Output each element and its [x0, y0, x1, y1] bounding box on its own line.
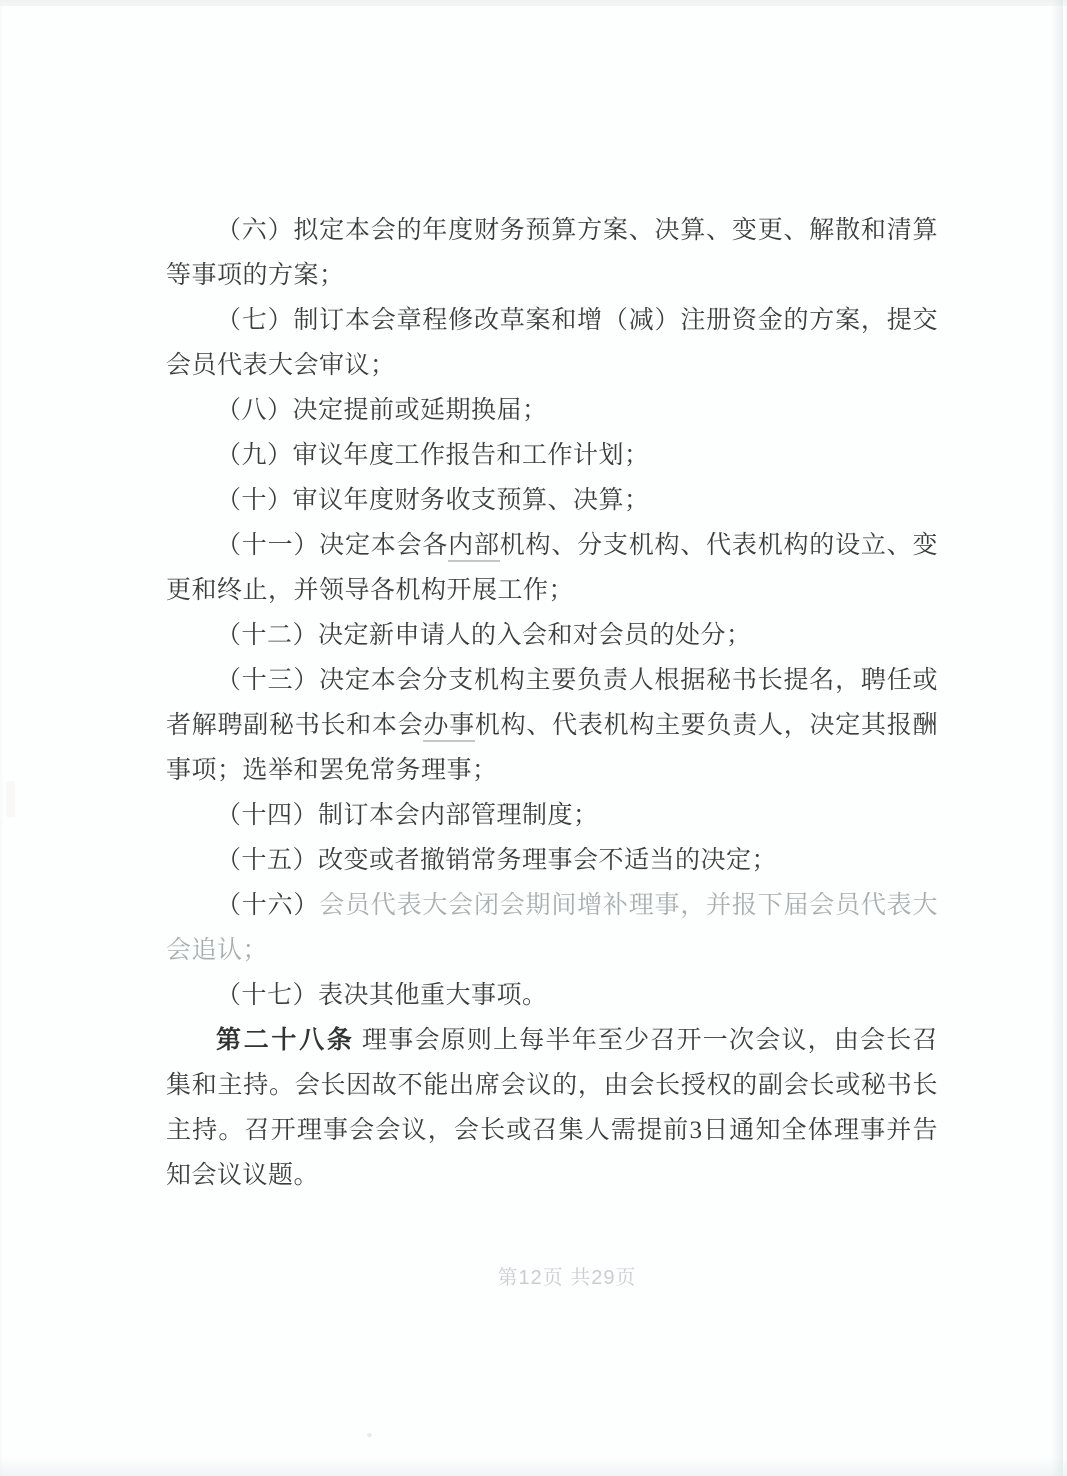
text-segment: 会员代表大会闭会期间增补理事，并报下届会员代表大 — [319, 892, 938, 919]
text-segment: 机构、分支机构、代表机构的设立、变 — [500, 532, 938, 559]
clause-item-6: （六）拟定本会的年度财务预算方案、决算、变更、解散和清算等事项的方案； — [166, 208, 938, 298]
text-line: （十五）改变或者撤销常务理事会不适当的决定； — [166, 838, 938, 883]
text-segment: （九）审议年度工作报告和工作计划； — [216, 442, 650, 469]
clause-item-16: （十六）会员代表大会闭会期间增补理事，并报下届会员代表大会追认； — [166, 883, 938, 973]
text-line: 会追认； — [166, 928, 938, 973]
text-line: 知会议议题。 — [166, 1153, 938, 1198]
text-segment: 事项；选举和罢免常务理事； — [166, 757, 498, 784]
article-number-label: 第二十八条 — [216, 1026, 355, 1054]
text-line: （九）审议年度工作报告和工作计划； — [166, 433, 938, 478]
clause-item-10: （十）审议年度财务收支预算、决算； — [166, 478, 938, 523]
document-body: （六）拟定本会的年度财务预算方案、决算、变更、解散和清算等事项的方案；（七）制订… — [166, 208, 938, 1198]
text-segment: （十）审议年度财务收支预算、决算； — [216, 487, 650, 514]
document-page: （六）拟定本会的年度财务预算方案、决算、变更、解散和清算等事项的方案；（七）制订… — [0, 0, 1067, 1476]
text-line: 者解聘副秘书长和本会办事机构、代表机构主要负责人，决定其报酬 — [166, 703, 938, 748]
text-line: 集和主持。会长因故不能出席会议的，由会长授权的副会长或秘书长 — [166, 1063, 938, 1108]
text-line: （六）拟定本会的年度财务预算方案、决算、变更、解散和清算 — [166, 208, 938, 253]
clause-item-9: （九）审议年度工作报告和工作计划； — [166, 433, 938, 478]
text-segment: 理事会原则上每半年至少召开一次会议，由会长召 — [355, 1027, 938, 1054]
scan-edge-right — [1051, 0, 1063, 1476]
clause-item-7: （七）制订本会章程修改草案和增（减）注册资金的方案，提交会员代表大会审议； — [166, 298, 938, 388]
scan-edge-bottom — [0, 1458, 1067, 1476]
text-line: （十三）决定本会分支机构主要负责人根据秘书长提名，聘任或 — [166, 658, 938, 703]
clause-item-17: （十七）表决其他重大事项。 — [166, 973, 938, 1018]
scan-edge-top — [0, 0, 1067, 6]
text-segment: 主持。召开理事会会议，会长或召集人需提前3日通知全体理事并告 — [166, 1117, 938, 1144]
text-segment: 机构、代表机构主要负责人，决定其报酬 — [475, 712, 938, 739]
scan-artifact-dot — [367, 1433, 372, 1437]
text-segment: （十七）表决其他重大事项。 — [216, 982, 548, 1009]
clause-item-12: （十二）决定新申请人的入会和对会员的处分； — [166, 613, 938, 658]
text-line: （十七）表决其他重大事项。 — [166, 973, 938, 1018]
clause-item-13: （十三）决定本会分支机构主要负责人根据秘书长提名，聘任或者解聘副秘书长和本会办事… — [166, 658, 938, 793]
text-segment: （十二）决定新申请人的入会和对会员的处分； — [216, 622, 752, 649]
page-footer: 第12页 共29页 — [497, 1261, 636, 1290]
text-segment: 会员代表大会审议； — [166, 352, 396, 379]
text-line: 等事项的方案； — [166, 253, 938, 298]
text-line: 第二十八条 理事会原则上每半年至少召开一次会议，由会长召 — [166, 1018, 938, 1063]
text-line: 更和终止，并领导各机构开展工作； — [166, 568, 938, 613]
text-segment: 集和主持。会长因故不能出席会议的，由会长授权的副会长或秘书长 — [166, 1072, 938, 1099]
text-segment: 知会议议题。 — [166, 1162, 319, 1189]
clause-item-11: （十一）决定本会各内部机构、分支机构、代表机构的设立、变更和终止，并领导各机构开… — [166, 523, 938, 613]
article-28: 第二十八条 理事会原则上每半年至少召开一次会议，由会长召集和主持。会长因故不能出… — [166, 1018, 938, 1198]
text-line: （七）制订本会章程修改草案和增（减）注册资金的方案，提交 — [166, 298, 938, 343]
underlined-text: 内部 — [448, 532, 500, 562]
text-line: （十一）决定本会各内部机构、分支机构、代表机构的设立、变 — [166, 523, 938, 568]
text-segment: 更和终止，并领导各机构开展工作； — [166, 577, 574, 604]
text-segment: 会追认； — [166, 937, 268, 964]
underlined-text: 办事 — [423, 712, 474, 742]
text-segment: （六）拟定本会的年度财务预算方案、决算、变更、解散和清算 — [216, 217, 938, 244]
text-segment: （十四）制订本会内部管理制度； — [216, 802, 599, 829]
text-line: （十六）会员代表大会闭会期间增补理事，并报下届会员代表大 — [166, 883, 938, 928]
text-line: （十二）决定新申请人的入会和对会员的处分； — [166, 613, 938, 658]
text-segment: （十五）改变或者撤销常务理事会不适当的决定； — [216, 847, 777, 874]
clause-item-14: （十四）制订本会内部管理制度； — [166, 793, 938, 838]
text-segment: （八）决定提前或延期换届； — [216, 397, 548, 424]
text-segment: （七）制订本会章程修改草案和增（减）注册资金的方案，提交 — [216, 307, 938, 334]
text-line: 主持。召开理事会会议，会长或召集人需提前3日通知全体理事并告 — [166, 1108, 938, 1153]
text-line: （十四）制订本会内部管理制度； — [166, 793, 938, 838]
text-line: （十）审议年度财务收支预算、决算； — [166, 478, 938, 523]
clause-item-8: （八）决定提前或延期换届； — [166, 388, 938, 433]
text-segment: （十六） — [216, 892, 319, 919]
text-segment: （十三）决定本会分支机构主要负责人根据秘书长提名，聘任或 — [216, 667, 938, 694]
scan-artifact-left-margin — [6, 781, 15, 817]
page-number: 第12页 共29页 — [497, 1267, 636, 1289]
text-line: （八）决定提前或延期换届； — [166, 388, 938, 433]
text-line: 会员代表大会审议； — [166, 343, 938, 388]
text-segment: 等事项的方案； — [166, 262, 345, 289]
text-line: 事项；选举和罢免常务理事； — [166, 748, 938, 793]
clause-item-15: （十五）改变或者撤销常务理事会不适当的决定； — [166, 838, 938, 883]
text-segment: （十一）决定本会各 — [216, 532, 448, 559]
text-segment: 者解聘副秘书长和本会 — [166, 712, 423, 739]
